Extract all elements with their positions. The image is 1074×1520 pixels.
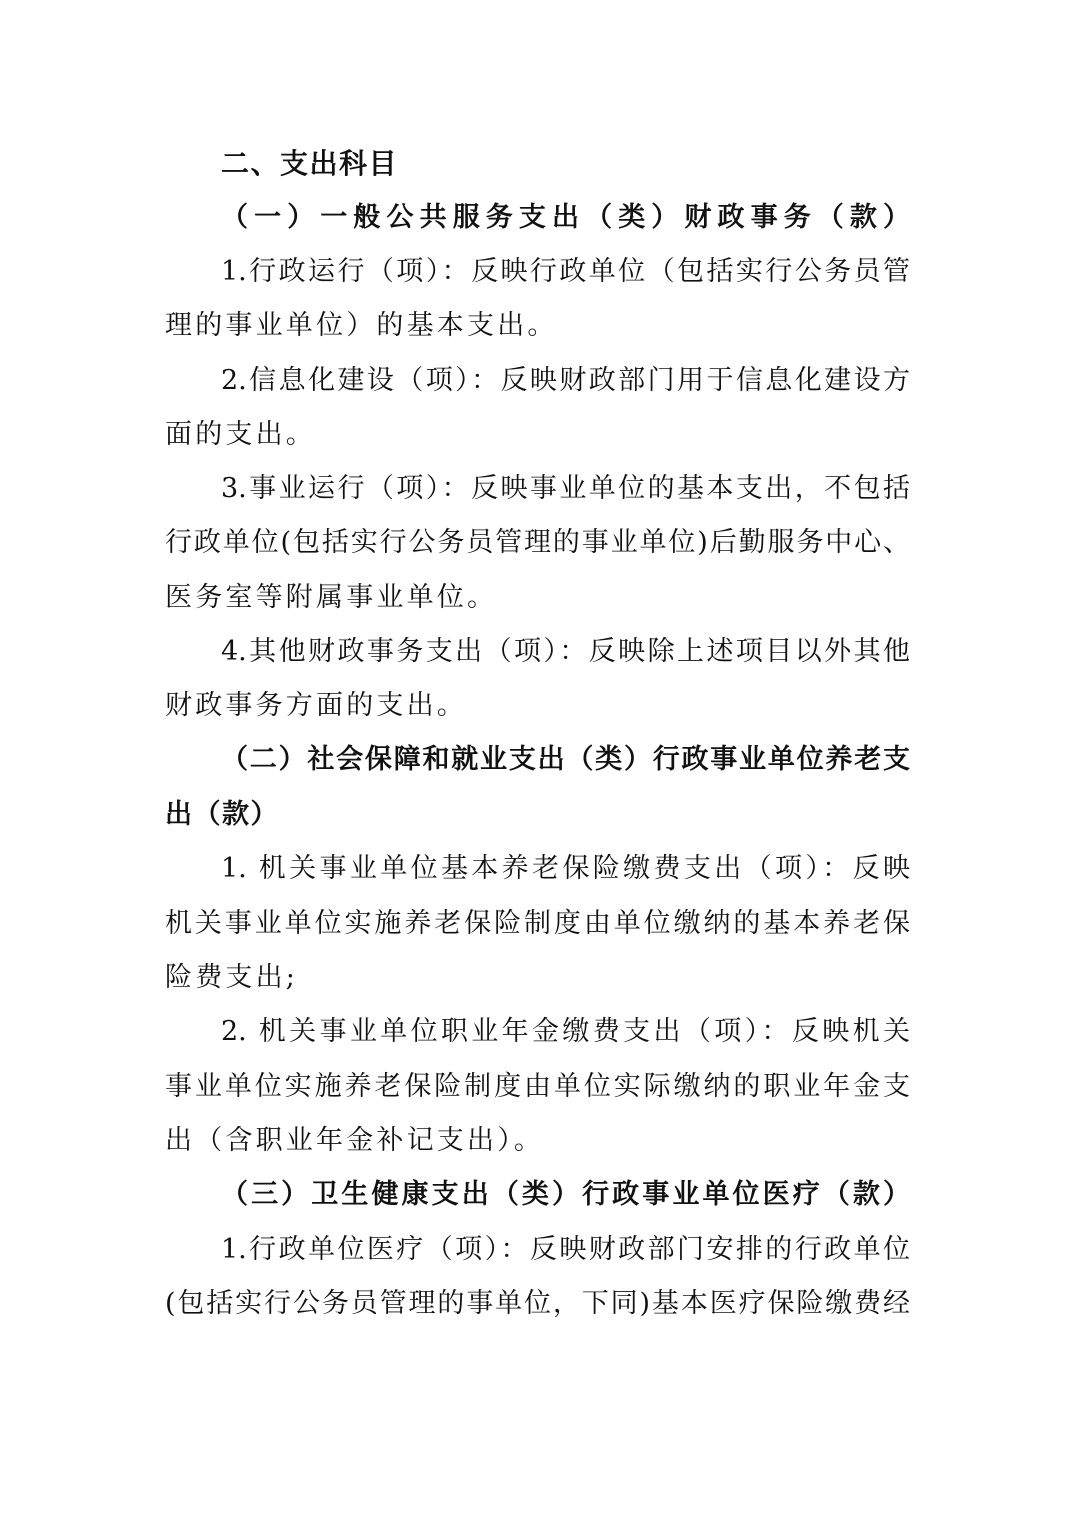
- item-1-3-line-2: 行政单位(包括实行公务员管理的事业单位)后勤服务中心、: [165, 525, 910, 561]
- item-2-1-line-2: 机关事业单位实施养老保险制度由单位缴纳的基本养老保: [165, 906, 910, 942]
- document-page: 二、支出科目 （一）一般公共服务支出（类）财政事务（款） 1.行政运行（项）：反…: [0, 0, 1074, 1520]
- item-2-1-line-1: 1. 机关事业单位基本养老保险缴费支出（项）：反映: [221, 851, 910, 887]
- item-2-2-line-3: 出（含职业年金补记支出）。: [165, 1123, 915, 1159]
- subsection-heading-2-line-1: （二）社会保障和就业支出（类）行政事业单位养老支: [221, 742, 910, 778]
- item-1-2-line-2: 面的支出。: [165, 417, 915, 453]
- item-2-2-line-2: 事业单位实施养老保险制度由单位实际缴纳的职业年金支: [165, 1069, 910, 1105]
- item-2-1-line-3: 险费支出;: [165, 960, 915, 996]
- subsection-heading-3: （三）卫生健康支出（类）行政事业单位医疗（款）: [221, 1177, 910, 1213]
- item-3-1-line-2: (包括实行公务员管理的事单位，下同)基本医疗保险缴费经: [165, 1286, 910, 1322]
- item-1-2-line-1: 2.信息化建设（项）：反映财政部门用于信息化建设方: [221, 363, 910, 399]
- item-1-1-line-2: 理的事业单位）的基本支出。: [165, 308, 915, 344]
- subsection-heading-2-line-2: 出（款）: [165, 797, 915, 833]
- subsection-heading-1: （一）一般公共服务支出（类）财政事务（款）: [221, 200, 910, 236]
- section-title: 二、支出科目: [221, 146, 971, 182]
- item-2-2-line-1: 2. 机关事业单位职业年金缴费支出（项）：反映机关: [221, 1014, 910, 1050]
- item-1-4-line-2: 财政事务方面的支出。: [165, 688, 915, 724]
- item-1-3-line-3: 医务室等附属事业单位。: [165, 580, 915, 616]
- item-1-3-line-1: 3.事业运行（项）：反映事业单位的基本支出，不包括: [221, 471, 910, 507]
- item-3-1-line-1: 1.行政单位医疗（项）：反映财政部门安排的行政单位: [221, 1232, 910, 1268]
- item-1-4-line-1: 4.其他财政事务支出（项）：反映除上述项目以外其他: [221, 634, 910, 670]
- item-1-1-line-1: 1.行政运行（项）：反映行政单位（包括实行公务员管: [221, 254, 910, 290]
